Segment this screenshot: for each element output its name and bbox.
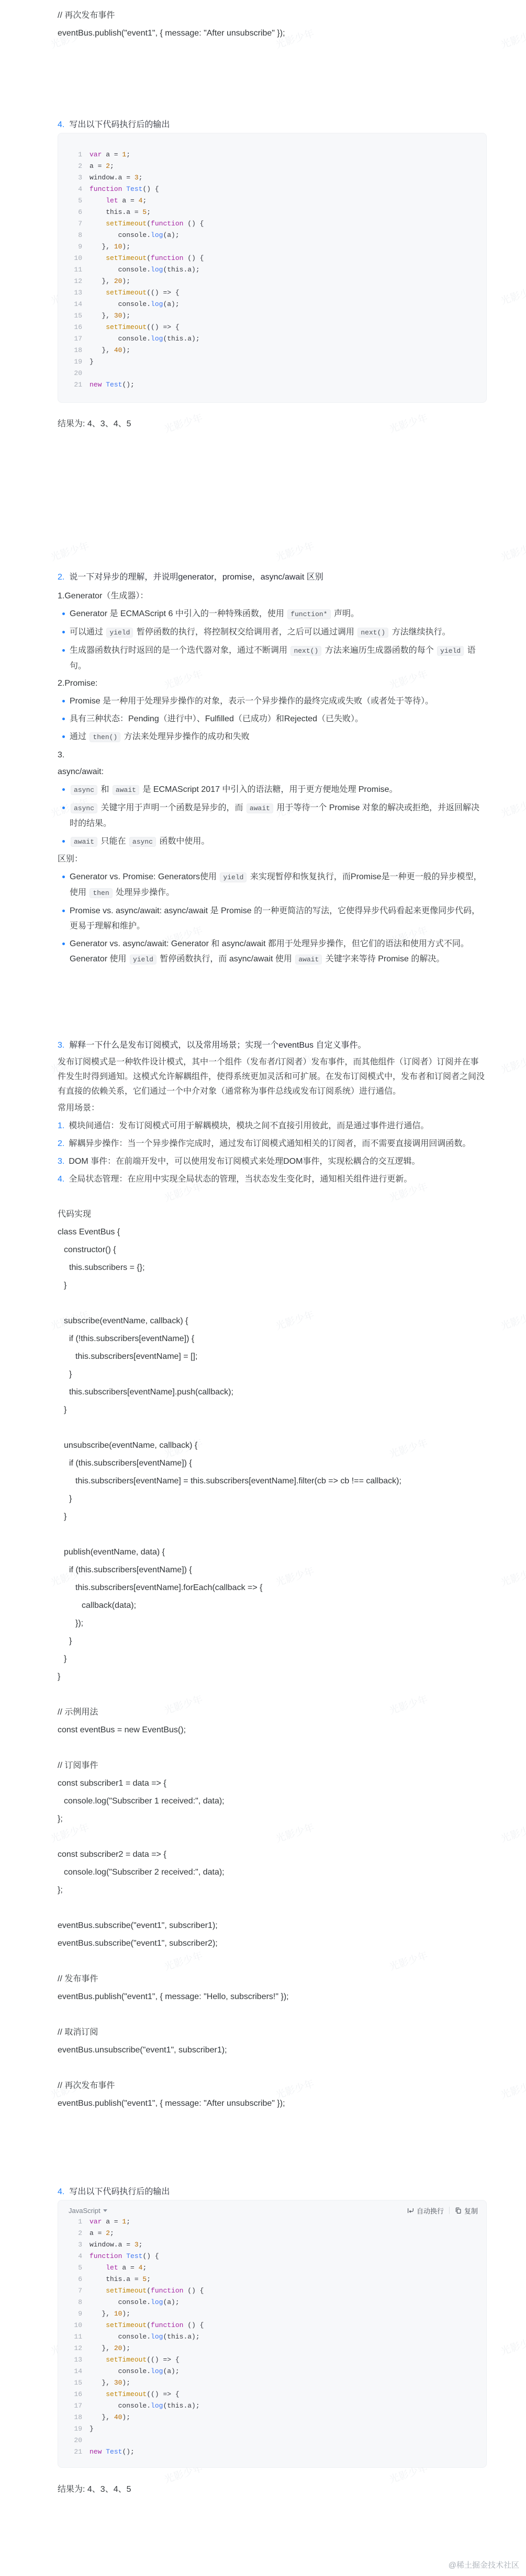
- code-token: (this.a);: [163, 266, 199, 274]
- code-block-actions: 自动换行 复制: [407, 2206, 478, 2216]
- code-tail-lines: // 再次发布事件eventBus.publish("event1", { me…: [58, 8, 487, 41]
- code-content: setTimeout(function () {: [89, 218, 204, 230]
- question-title: 写出以下代码执行后的输出: [69, 2187, 170, 2196]
- bullet-item: 可以通过 yield 暂停函数的执行，将控制权交给调用者，之后可以通过调用 ne…: [58, 625, 487, 640]
- code-token: let: [106, 197, 118, 205]
- chevron-down-icon: [103, 2209, 107, 2212]
- code-token: (: [147, 254, 151, 262]
- inline-code: await: [71, 837, 97, 847]
- implementation-code-lines: class EventBus {constructor() {this.subs…: [58, 1224, 487, 2111]
- scene-text: 全局状态管理：在应用中实现全局状态的管理，当状态发生变化时，通知相关组件进行更新…: [69, 1175, 412, 1184]
- question-title: 写出以下代码执行后的输出: [69, 120, 170, 129]
- bullet-icon: [62, 943, 65, 945]
- code-token: a =: [102, 151, 122, 158]
- line-number: 16: [69, 2389, 82, 2400]
- code-token: );: [122, 312, 130, 320]
- text-segment: 通过: [70, 732, 88, 741]
- inline-code: then(): [89, 732, 120, 742]
- wrap-icon: [407, 2207, 414, 2214]
- generator-subtitle: 1.Generator（生成器）：: [58, 588, 487, 604]
- article-page: 光影少年光影少年光影少年光影少年光影少年光影少年光影少年光影少年光影少年光影少年…: [0, 0, 526, 2576]
- code-line: 17 console.log(this.a);: [69, 2400, 478, 2412]
- code-token: log: [151, 300, 163, 308]
- code-token: () {: [183, 2321, 204, 2329]
- code-text-line: console.log("Subscriber 1 received:", da…: [58, 1794, 487, 1809]
- code-token: a =: [89, 162, 106, 170]
- code-content: setTimeout(() => {: [89, 2389, 180, 2400]
- code-text-line: }: [58, 1633, 487, 1649]
- copy-icon: [455, 2207, 462, 2214]
- footer-credit: @稀土掘金技术社区: [449, 2559, 519, 2570]
- code-token: setTimeout: [106, 323, 147, 331]
- code-content: }, 40);: [89, 2412, 130, 2423]
- text-segment: 关键字来等待 Promise 的解决。: [323, 955, 444, 963]
- code-line: 18 }, 40);: [69, 345, 476, 356]
- code-content: this.a = 5;: [89, 207, 151, 218]
- code-token: console.: [89, 2402, 151, 2410]
- code-text-line: }: [58, 1367, 487, 1382]
- code-line: 10 setTimeout(function () {: [69, 2320, 478, 2331]
- code-content: }, 20);: [89, 2343, 130, 2354]
- code-token: new: [89, 2448, 102, 2456]
- bullet-icon: [62, 612, 65, 615]
- code-token: a =: [118, 2264, 139, 2272]
- scene-item: 4.全局状态管理：在应用中实现全局状态的管理，当状态发生变化时，通知相关组件进行…: [58, 1172, 487, 1187]
- code-token: 20: [114, 2344, 122, 2352]
- scenes-list: 1.模块间通信：发布订阅模式可用于解耦模块，模块之间不直接引用彼此，而是通过事件…: [58, 1118, 487, 1187]
- code-token: );: [122, 2379, 130, 2387]
- line-number: 13: [69, 2354, 82, 2366]
- code-text-line: };: [58, 1811, 487, 1826]
- code-token: 40: [114, 346, 122, 354]
- code-content: console.log(a);: [89, 230, 180, 241]
- scene-number: 4.: [58, 1175, 64, 1184]
- code-token: console.: [89, 266, 151, 274]
- code-content: }: [89, 356, 94, 368]
- code-token: (this.a);: [163, 2333, 199, 2341]
- code-text-line: // 再次发布事件: [58, 8, 487, 23]
- code-token: },: [89, 2379, 114, 2387]
- line-number: 2: [69, 2228, 82, 2239]
- code-token: ;: [139, 2241, 143, 2249]
- code-content: function Test() {: [89, 2251, 159, 2262]
- code-line: 15 }, 30);: [69, 2377, 478, 2389]
- code-token: a =: [89, 2229, 106, 2237]
- code-text-line: }: [58, 1402, 487, 1417]
- code-text-line: }: [58, 1669, 487, 1684]
- inline-code: next(): [357, 628, 388, 638]
- bullet-item: Promise 是一种用于处理异步操作的对象，表示一个异步操作的最终完成或失败（…: [58, 694, 487, 709]
- code-line: 3window.a = 3;: [69, 2239, 478, 2251]
- code-token: ();: [122, 2448, 134, 2456]
- line-number: 6: [69, 2274, 82, 2285]
- code-token: function: [89, 2252, 122, 2260]
- code-content: console.log(this.a);: [89, 333, 200, 345]
- text-segment: 暂停函数的执行，将控制权交给调用者，之后可以通过调用: [134, 628, 356, 637]
- promise-bullet-list: Promise 是一种用于处理异步操作的对象，表示一个异步操作的最终完成或失败（…: [58, 694, 487, 745]
- code-line: 11 console.log(this.a);: [69, 264, 476, 276]
- question-number: 3.: [58, 1041, 64, 1050]
- code-line: 16 setTimeout(() => {: [69, 2389, 478, 2400]
- code-token: );: [122, 2413, 130, 2421]
- difference-subtitle: 区别：: [58, 852, 487, 867]
- code-token: this.a =: [89, 2275, 142, 2283]
- line-number: 3: [69, 2239, 82, 2251]
- code-token: );: [122, 2344, 130, 2352]
- code-block-editor: JavaScript 自动换行 复制: [58, 2200, 487, 2468]
- code-line: 2a = 2;: [69, 2228, 478, 2239]
- code-line: 10 setTimeout(function () {: [69, 253, 476, 264]
- code-token: log: [151, 2333, 163, 2341]
- code-text-line: // 再次发布事件: [58, 2078, 487, 2093]
- code-token: setTimeout: [106, 254, 147, 262]
- text-segment: 暂停函数执行，而 async/await 使用: [158, 955, 294, 963]
- question-4-heading-repeat: 4.写出以下代码执行后的输出: [58, 2184, 487, 2200]
- inline-code: await: [247, 803, 273, 813]
- code-line: 4function Test() {: [69, 2251, 478, 2262]
- bullet-item: Generator vs. async/await: Generator 和 a…: [58, 936, 487, 967]
- wrap-toggle-button[interactable]: 自动换行: [407, 2206, 444, 2216]
- bullet-icon: [62, 700, 65, 702]
- code-token: (this.a);: [163, 2402, 199, 2410]
- code-token: () {: [183, 254, 204, 262]
- code-token: log: [151, 2298, 163, 2306]
- code-token: () {: [183, 2287, 204, 2295]
- code-token: function: [89, 185, 122, 193]
- code-text-line: const eventBus = new EventBus();: [58, 1722, 487, 1738]
- code-content: setTimeout(() => {: [89, 2354, 180, 2366]
- code-text-line: eventBus.subscribe("event1", subscriber2…: [58, 1936, 487, 1951]
- inline-code: yield: [220, 872, 247, 882]
- code-line: 17 console.log(this.a);: [69, 333, 476, 345]
- code-text-line: }: [58, 1491, 487, 1506]
- code-text-line: // 订阅事件: [58, 1758, 487, 1773]
- line-number: 12: [69, 2343, 82, 2354]
- line-number: 1: [69, 149, 82, 161]
- line-number: 15: [69, 2377, 82, 2389]
- inline-code: then: [89, 888, 112, 898]
- inline-code: await: [113, 785, 139, 795]
- bullet-text: 可以通过 yield 暂停函数的执行，将控制权交给调用者，之后可以通过调用 ne…: [70, 628, 451, 637]
- bullet-icon: [62, 735, 65, 738]
- code-line: 3window.a = 3;: [69, 172, 476, 184]
- question-4-heading: 4.写出以下代码执行后的输出: [58, 117, 487, 133]
- code-content: window.a = 3;: [89, 2239, 142, 2251]
- inline-code: yield: [130, 955, 156, 964]
- text-segment: Generator 是 ECMAScript 6 中引入的一种特殊函数，使用: [70, 609, 286, 618]
- code-token: setTimeout: [106, 289, 147, 297]
- code-token: [89, 254, 106, 262]
- code-token: setTimeout: [106, 220, 147, 228]
- code-token: window.a =: [89, 174, 135, 181]
- line-number: 9: [69, 241, 82, 253]
- line-number: 17: [69, 333, 82, 345]
- bullet-icon: [62, 788, 65, 791]
- line-number: 3: [69, 172, 82, 184]
- code-token: setTimeout: [106, 2390, 147, 2398]
- question-title: 说一下对异步的理解，并说明generator，promise，async/awa…: [69, 573, 323, 582]
- copy-label: 复制: [464, 2206, 478, 2216]
- code-text-line: // 发布事件: [58, 1971, 487, 1987]
- code-token: console.: [89, 2367, 151, 2375]
- code-text-line: });: [58, 1616, 487, 1631]
- line-number: 11: [69, 264, 82, 276]
- code-line: 7 setTimeout(function () {: [69, 218, 476, 230]
- code-line: 14 console.log(a);: [69, 299, 476, 310]
- bullet-icon: [62, 649, 65, 652]
- bullet-item: Promise vs. async/await: async/await 是 P…: [58, 903, 487, 934]
- code-token: log: [151, 266, 163, 274]
- question-number: 4.: [58, 2187, 64, 2196]
- bullet-text: 具有三种状态：Pending（进行中）、Fulfilled（已成功）和Rejec…: [70, 714, 363, 723]
- code-content: console.log(this.a);: [89, 2400, 200, 2412]
- three-label: 3.: [58, 747, 487, 763]
- code-token: console.: [89, 2333, 151, 2341]
- code-content: console.log(this.a);: [89, 2331, 200, 2343]
- code-token: [89, 2390, 106, 2398]
- code-text-line: if (this.subscribers[eventName]) {: [58, 1456, 487, 1471]
- line-number: 10: [69, 253, 82, 264]
- line-number: 9: [69, 2308, 82, 2320]
- code-line: 18 }, 40);: [69, 2412, 478, 2423]
- code-token: ;: [142, 2264, 147, 2272]
- code-content: console.log(this.a);: [89, 264, 200, 276]
- bullet-item: Generator 是 ECMAScript 6 中引入的一种特殊函数，使用 f…: [58, 606, 487, 622]
- code-content: this.a = 5;: [89, 2274, 151, 2285]
- code-line: 7 setTimeout(function () {: [69, 2285, 478, 2297]
- bullet-icon: [62, 840, 65, 843]
- code-content: setTimeout(function () {: [89, 2285, 204, 2297]
- async-bullet-list: async 和 await 是 ECMAScript 2017 中引入的语法糖，…: [58, 782, 487, 849]
- code-token: },: [89, 277, 114, 285]
- bullet-item: async 和 await 是 ECMAScript 2017 中引入的语法糖，…: [58, 782, 487, 798]
- code-token: let: [106, 2264, 118, 2272]
- code-text-line: }: [58, 1509, 487, 1524]
- code-token: a =: [118, 197, 139, 205]
- text-segment: Promise 是一种用于处理异步操作的对象，表示一个异步操作的最终完成或失败（…: [70, 697, 433, 706]
- bullet-text: Generator vs. Promise: Generators使用 yiel…: [70, 872, 482, 897]
- code-token: ;: [126, 2218, 130, 2226]
- wrap-label: 自动换行: [417, 2206, 444, 2216]
- code-line: 8 console.log(a);: [69, 230, 476, 241]
- code-text-line: }: [58, 1278, 487, 1293]
- text-segment: 方法来处理异步操作的成功和失败: [121, 732, 249, 741]
- line-number: 1: [69, 2216, 82, 2228]
- code-token: log: [151, 335, 163, 343]
- code-token: [89, 2321, 106, 2329]
- code-line: 19}: [69, 2423, 478, 2435]
- code-token: setTimeout: [106, 2321, 147, 2329]
- code-token: (() => {: [147, 289, 179, 297]
- code-text-line: if (!this.subscribers[eventName]) {: [58, 1331, 487, 1346]
- code-line: 13 setTimeout(() => {: [69, 2354, 478, 2366]
- watermark: 光影少年: [499, 282, 526, 308]
- text-segment: 生成器函数执行时返回的是一个迭代器对象，通过不断调用: [70, 646, 289, 655]
- code-content: let a = 4;: [89, 195, 147, 207]
- code-content: a = 2;: [89, 161, 114, 172]
- code-content: }, 20);: [89, 276, 130, 287]
- code-token: ;: [126, 151, 130, 158]
- code-token: [89, 220, 106, 228]
- code-token: [89, 2287, 106, 2295]
- line-number: 5: [69, 195, 82, 207]
- code-line: 12 }, 20);: [69, 2343, 478, 2354]
- text-segment: 具有三种状态：Pending（进行中）、Fulfilled（已成功）和Rejec…: [70, 714, 363, 723]
- code-token: setTimeout: [106, 2287, 147, 2295]
- code-token: log: [151, 2367, 163, 2375]
- implementation-title: 代码实现: [58, 1207, 487, 1222]
- line-number: 14: [69, 2366, 82, 2377]
- code-text-line: callback(data);: [58, 1598, 487, 1613]
- code-text-line: this.subscribers = {};: [58, 1260, 487, 1275]
- line-number: 21: [69, 379, 82, 391]
- code-text-line: // 示例用法: [58, 1705, 487, 1720]
- bullet-text: Promise vs. async/await: async/await 是 P…: [70, 906, 480, 930]
- copy-button[interactable]: 复制: [455, 2206, 478, 2216]
- code-token: );: [122, 346, 130, 354]
- code-text-line: this.subscribers[eventName].forEach(call…: [58, 1580, 487, 1595]
- code-lines: 1var a = 1;2a = 2;3window.a = 3;4functio…: [69, 149, 476, 391]
- code-line: 1var a = 1;: [69, 2216, 478, 2228]
- bullet-item: await 只能在 async 函数中使用。: [58, 834, 487, 849]
- code-content: console.log(a);: [89, 2366, 180, 2377]
- code-token: () {: [142, 2252, 159, 2260]
- bullet-item: 具有三种状态：Pending（进行中）、Fulfilled（已成功）和Rejec…: [58, 711, 487, 727]
- text-segment: Generator vs. Promise: Generators使用: [70, 872, 219, 881]
- code-content: console.log(a);: [89, 2297, 180, 2308]
- bullet-item: async 关键字用于声明一个函数是异步的，而 await 用于等待一个 Pro…: [58, 800, 487, 831]
- promise-subtitle: 2.Promise:: [58, 676, 487, 691]
- question-title: 解释一下什么是发布订阅模式，以及常用场景；实现一个eventBus 自定义事件。: [69, 1041, 366, 1050]
- code-line: 16 setTimeout(() => {: [69, 322, 476, 333]
- code-token: console.: [89, 300, 151, 308]
- code-text-line: constructor() {: [58, 1242, 487, 1257]
- bullet-item: Generator vs. Promise: Generators使用 yiel…: [58, 869, 487, 901]
- language-label: JavaScript: [69, 2207, 100, 2215]
- code-line: 13 setTimeout(() => {: [69, 287, 476, 299]
- result-text: 结果为: 4、3、4、5: [58, 2482, 487, 2497]
- watermark: 光影少年: [499, 538, 526, 564]
- code-token: ;: [147, 208, 151, 216]
- code-line: 12 }, 20);: [69, 276, 476, 287]
- code-token: (a);: [163, 2367, 179, 2375]
- article-content: // 再次发布事件eventBus.publish("event1", { me…: [58, 0, 487, 2497]
- pubsub-paragraph: 发布订阅模式是一种软件设计模式，其中一个组件（发布者/订阅者）发布事件，而其他组…: [58, 1055, 487, 1099]
- inline-code: yield: [106, 628, 133, 638]
- code-text-line: publish(eventName, data) {: [58, 1545, 487, 1560]
- code-token: (: [147, 220, 151, 228]
- code-token: () {: [183, 220, 204, 228]
- code-token: a =: [102, 2218, 122, 2226]
- line-number: 7: [69, 218, 82, 230]
- bullet-icon: [62, 807, 65, 809]
- code-text-line: this.subscribers[eventName] = [];: [58, 1349, 487, 1364]
- text-segment: 关键字用于声明一个函数是异步的，而: [98, 803, 245, 812]
- line-number: 6: [69, 207, 82, 218]
- code-text-line: this.subscribers[eventName] = this.subsc…: [58, 1473, 487, 1489]
- code-token: window.a =: [89, 2241, 135, 2249]
- inline-code: function*: [287, 609, 330, 619]
- line-number: 4: [69, 2251, 82, 2262]
- scenes-title: 常用场景：: [58, 1100, 487, 1116]
- code-line: 1var a = 1;: [69, 149, 476, 161]
- bullet-text: await 只能在 async 函数中使用。: [70, 837, 209, 846]
- code-token: ;: [110, 162, 114, 170]
- line-number: 7: [69, 2285, 82, 2297]
- code-content: new Test();: [89, 2446, 135, 2458]
- code-token: () {: [142, 185, 159, 193]
- line-number: 5: [69, 2262, 82, 2274]
- code-line: 5 let a = 4;: [69, 2262, 478, 2274]
- line-number: 12: [69, 276, 82, 287]
- code-token: log: [151, 231, 163, 239]
- code-token: }: [89, 358, 94, 366]
- language-selector[interactable]: JavaScript: [69, 2207, 107, 2215]
- code-content: }, 30);: [89, 2377, 130, 2389]
- code-content: window.a = 3;: [89, 172, 142, 184]
- code-token: 30: [114, 312, 122, 320]
- scene-number: 1.: [58, 1121, 64, 1130]
- line-number: 19: [69, 356, 82, 368]
- code-text-line: eventBus.unsubscribe("event1", subscribe…: [58, 2042, 487, 2058]
- code-token: (this.a);: [163, 335, 199, 343]
- code-content: setTimeout(() => {: [89, 322, 180, 333]
- line-number: 20: [69, 368, 82, 379]
- scene-text: 解耦异步操作：当一个异步操作完成时，通过发布订阅模式通知相关的订阅者，而不需要直…: [69, 1139, 471, 1148]
- line-number: 18: [69, 2412, 82, 2423]
- question-number: 4.: [58, 120, 64, 129]
- code-token: );: [122, 243, 130, 251]
- code-token: 2: [106, 162, 110, 170]
- code-content: }, 10);: [89, 2308, 130, 2320]
- line-number: 19: [69, 2423, 82, 2435]
- code-token: 40: [114, 2413, 122, 2421]
- code-token: }: [89, 2425, 94, 2433]
- code-text-line: if (this.subscribers[eventName]) {: [58, 1562, 487, 1578]
- code-token: this.a =: [89, 208, 142, 216]
- code-token: log: [151, 2402, 163, 2410]
- code-token: [89, 289, 106, 297]
- code-token: new: [89, 381, 102, 389]
- text-segment: 函数中使用。: [157, 837, 209, 846]
- code-block-top: 1var a = 1;2a = 2;3window.a = 3;4functio…: [58, 133, 487, 403]
- inline-code: yield: [437, 646, 464, 656]
- line-number: 16: [69, 322, 82, 333]
- line-number: 8: [69, 230, 82, 241]
- watermark: 光影少年: [499, 26, 526, 51]
- line-number: 21: [69, 2446, 82, 2458]
- code-token: ;: [147, 2275, 151, 2283]
- code-token: ;: [110, 2229, 114, 2237]
- scene-item: 1.模块间通信：发布订阅模式可用于解耦模块，模块之间不直接引用彼此，而是通过事件…: [58, 1118, 487, 1133]
- bullet-text: async 关键字用于声明一个函数是异步的，而 await 用于等待一个 Pro…: [70, 803, 479, 828]
- code-text-line: eventBus.subscribe("event1", subscriber1…: [58, 1918, 487, 1933]
- watermark: 光影少年: [499, 2332, 526, 2358]
- code-token: [89, 2356, 106, 2364]
- bullet-item: 生成器函数执行时返回的是一个迭代器对象，通过不断调用 next() 方法来遍历生…: [58, 643, 487, 674]
- code-token: Test: [106, 381, 122, 389]
- watermark: 光影少年: [499, 1820, 526, 1845]
- code-line: 5 let a = 4;: [69, 195, 476, 207]
- bullet-icon: [62, 631, 65, 633]
- code-token: 3: [135, 174, 139, 181]
- text-segment: 方法继续执行。: [389, 628, 450, 637]
- code-token: ;: [142, 197, 147, 205]
- watermark: 光影少年: [499, 1563, 526, 1589]
- question-number: 2.: [58, 573, 64, 582]
- watermark: 光影少年: [499, 2076, 526, 2102]
- code-text-line: unsubscribe(eventName, callback) {: [58, 1438, 487, 1453]
